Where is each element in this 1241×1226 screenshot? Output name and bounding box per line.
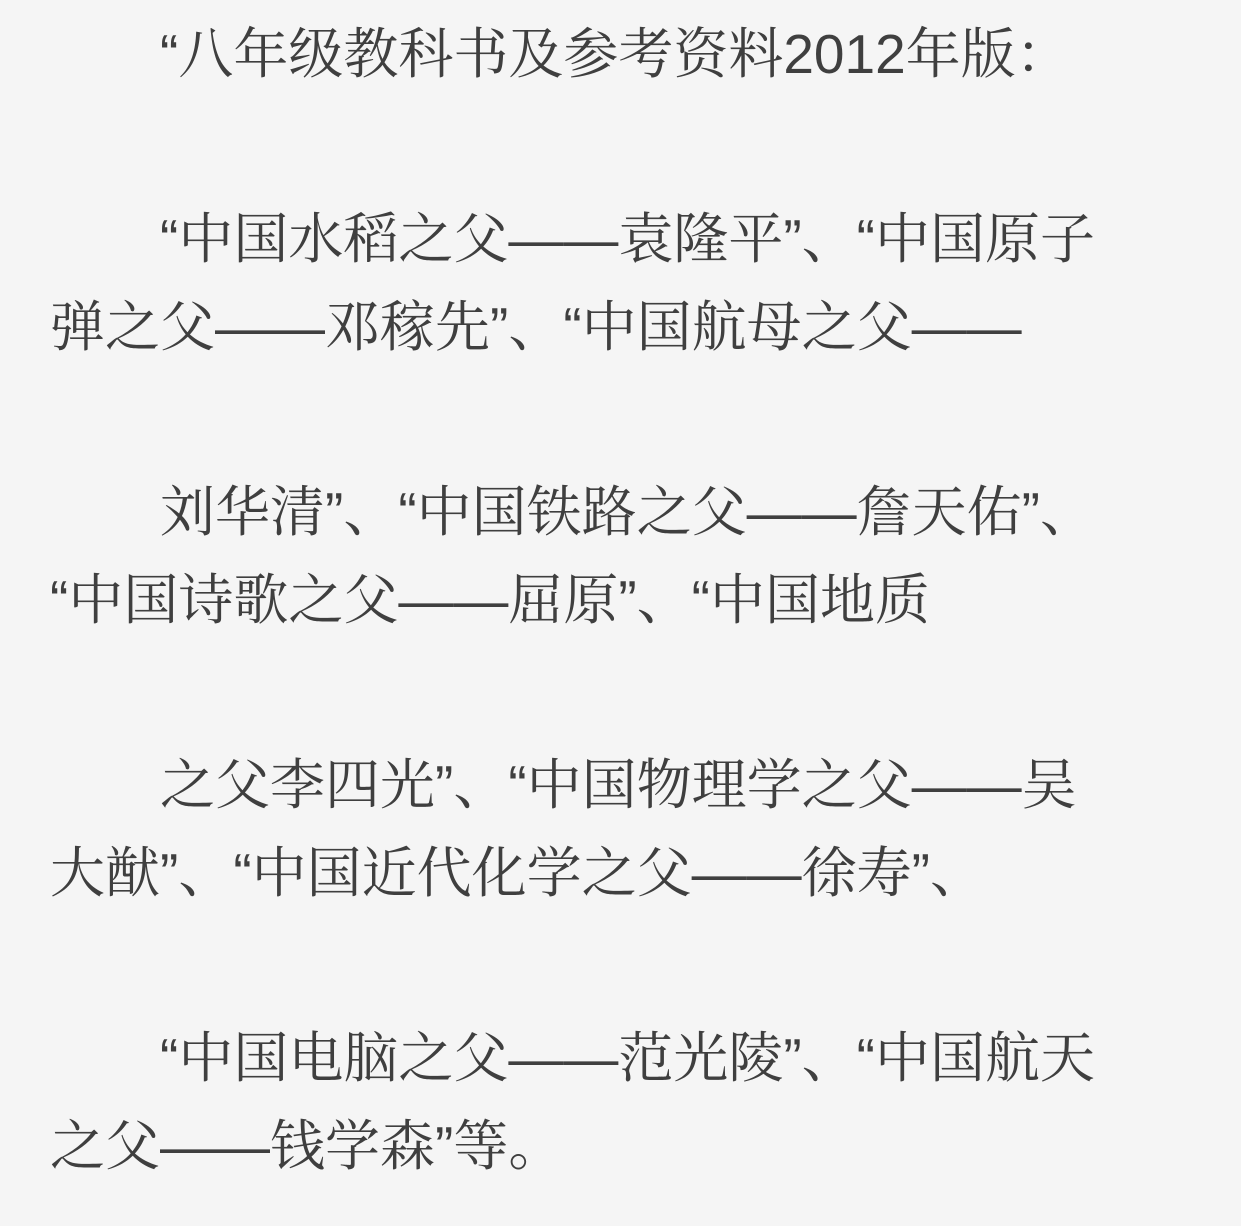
text-body: “八年级教科书及参考资料2012年版： “中国水稻之父——袁隆平”、“中国原子 … [0, 0, 1241, 1190]
document-page: { "page": { "background_color": "#f5f5f5… [0, 0, 1241, 1226]
text-line: 大猷”、“中国近代化学之父——徐寿”、 [50, 829, 1193, 917]
text-line: 之父——钱学森”等。 [50, 1102, 1193, 1190]
text-line: “八年级教科书及参考资料2012年版： [50, 10, 1193, 98]
paragraph: “中国电脑之父——范光陵”、“中国航天 之父——钱学森”等。 [50, 1014, 1193, 1190]
text-line: 之父李四光”、“中国物理学之父——吴 [50, 741, 1193, 829]
text-line: “中国电脑之父——范光陵”、“中国航天 [50, 1014, 1193, 1102]
paragraph: 刘华清”、“中国铁路之父——詹天佑”、 “中国诗歌之父——屈原”、“中国地质 [50, 468, 1193, 644]
paragraph: 之父李四光”、“中国物理学之父——吴 大猷”、“中国近代化学之父——徐寿”、 [50, 741, 1193, 917]
text-line: “中国诗歌之父——屈原”、“中国地质 [50, 556, 1193, 644]
paragraph: “八年级教科书及参考资料2012年版： [50, 10, 1193, 98]
text-line: 弹之父——邓稼先”、“中国航母之父—— [50, 283, 1193, 371]
text-line: “中国水稻之父——袁隆平”、“中国原子 [50, 195, 1193, 283]
text-line: 刘华清”、“中国铁路之父——詹天佑”、 [50, 468, 1193, 556]
paragraph: “中国水稻之父——袁隆平”、“中国原子 弹之父——邓稼先”、“中国航母之父—— [50, 195, 1193, 371]
